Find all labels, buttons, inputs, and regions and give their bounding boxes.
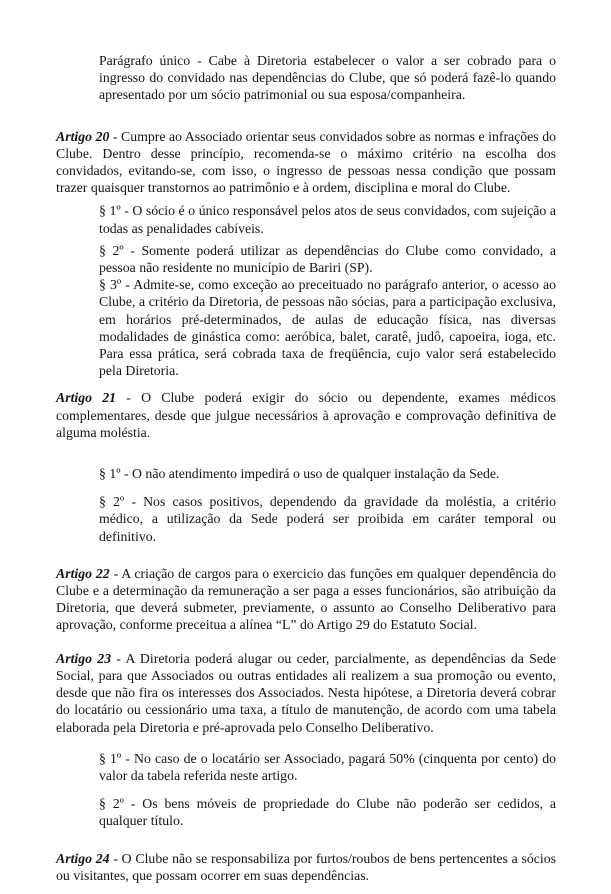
paragraph-text: - Nos casos positivos, dependendo da gra… [99, 494, 556, 543]
section-label: § 3º [99, 277, 121, 292]
artigo-23-label: Artigo 23 [56, 651, 111, 666]
section-label: § 1º [99, 203, 121, 218]
paragraph-artigo-23-section-1: § 1º - No caso de o locatário ser Associ… [99, 750, 556, 784]
paragraph-artigo-20: Artigo 20 - Cumpre ao Associado orientar… [56, 128, 556, 197]
section-label: § 2º [99, 494, 124, 509]
paragraph-text: - O não atendimento impedirá o uso de qu… [121, 466, 500, 481]
section-label: § 2º [99, 796, 124, 811]
paragraph-text: - A Diretoria poderá alugar ou ceder, pa… [56, 651, 556, 735]
paragraph-artigo-20-section-2: § 2º - Somente poderá utilizar as depend… [99, 242, 556, 276]
section-label: § 1º [99, 466, 121, 481]
paragraph-text: - Os bens móveis de propriedade do Clube… [99, 796, 556, 828]
paragraph-artigo-21-section-1: § 1º - O não atendimento impedirá o uso … [99, 465, 556, 482]
paragraph-paragrafo-unico: Parágrafo único - Cabe à Diretoria estab… [99, 52, 556, 104]
paragraph-artigo-23: Artigo 23 - A Diretoria poderá alugar ou… [56, 650, 556, 736]
paragraph-text: - Somente poderá utilizar as dependência… [99, 243, 556, 275]
artigo-24-label: Artigo 24 [56, 851, 110, 866]
paragraph-artigo-21: Artigo 21 - O Clube poderá exigir do sóc… [56, 389, 556, 441]
paragraph-artigo-24: Artigo 24 - O Clube não se responsabiliz… [56, 850, 556, 884]
paragraph-artigo-20-section-1: § 1º - O sócio é o único responsável pel… [99, 202, 556, 236]
paragraph-text: - O sócio é o único responsável pelos at… [99, 203, 556, 235]
document-page: Parágrafo único - Cabe à Diretoria estab… [0, 0, 611, 894]
paragraph-artigo-23-section-2: § 2º - Os bens móveis de propriedade do … [99, 795, 556, 829]
artigo-20-label: Artigo 20 [56, 129, 109, 144]
section-label: § 2º [99, 243, 124, 258]
paragraph-text: - O Clube poderá exigir do sócio ou depe… [56, 390, 556, 439]
paragraph-lead: Parágrafo único [99, 53, 190, 68]
section-label: § 1º [99, 751, 121, 766]
paragraph-text: - Cumpre ao Associado orientar seus conv… [56, 129, 556, 196]
artigo-21-label: Artigo 21 [56, 390, 116, 405]
paragraph-text: - Admite-se, como exceção ao preceituado… [99, 277, 556, 378]
paragraph-artigo-22: Artigo 22 - A criação de cargos para o e… [56, 565, 556, 634]
paragraph-text: - No caso de o locatário ser Associado, … [99, 751, 556, 783]
paragraph-text: - A criação de cargos para o exercicio d… [56, 566, 556, 633]
paragraph-artigo-20-section-3: § 3º - Admite-se, como exceção ao precei… [99, 276, 556, 379]
paragraph-text: - O Clube não se responsabiliza por furt… [56, 851, 556, 883]
paragraph-artigo-21-section-2: § 2º - Nos casos positivos, dependendo d… [99, 493, 556, 545]
artigo-22-label: Artigo 22 [56, 566, 110, 581]
